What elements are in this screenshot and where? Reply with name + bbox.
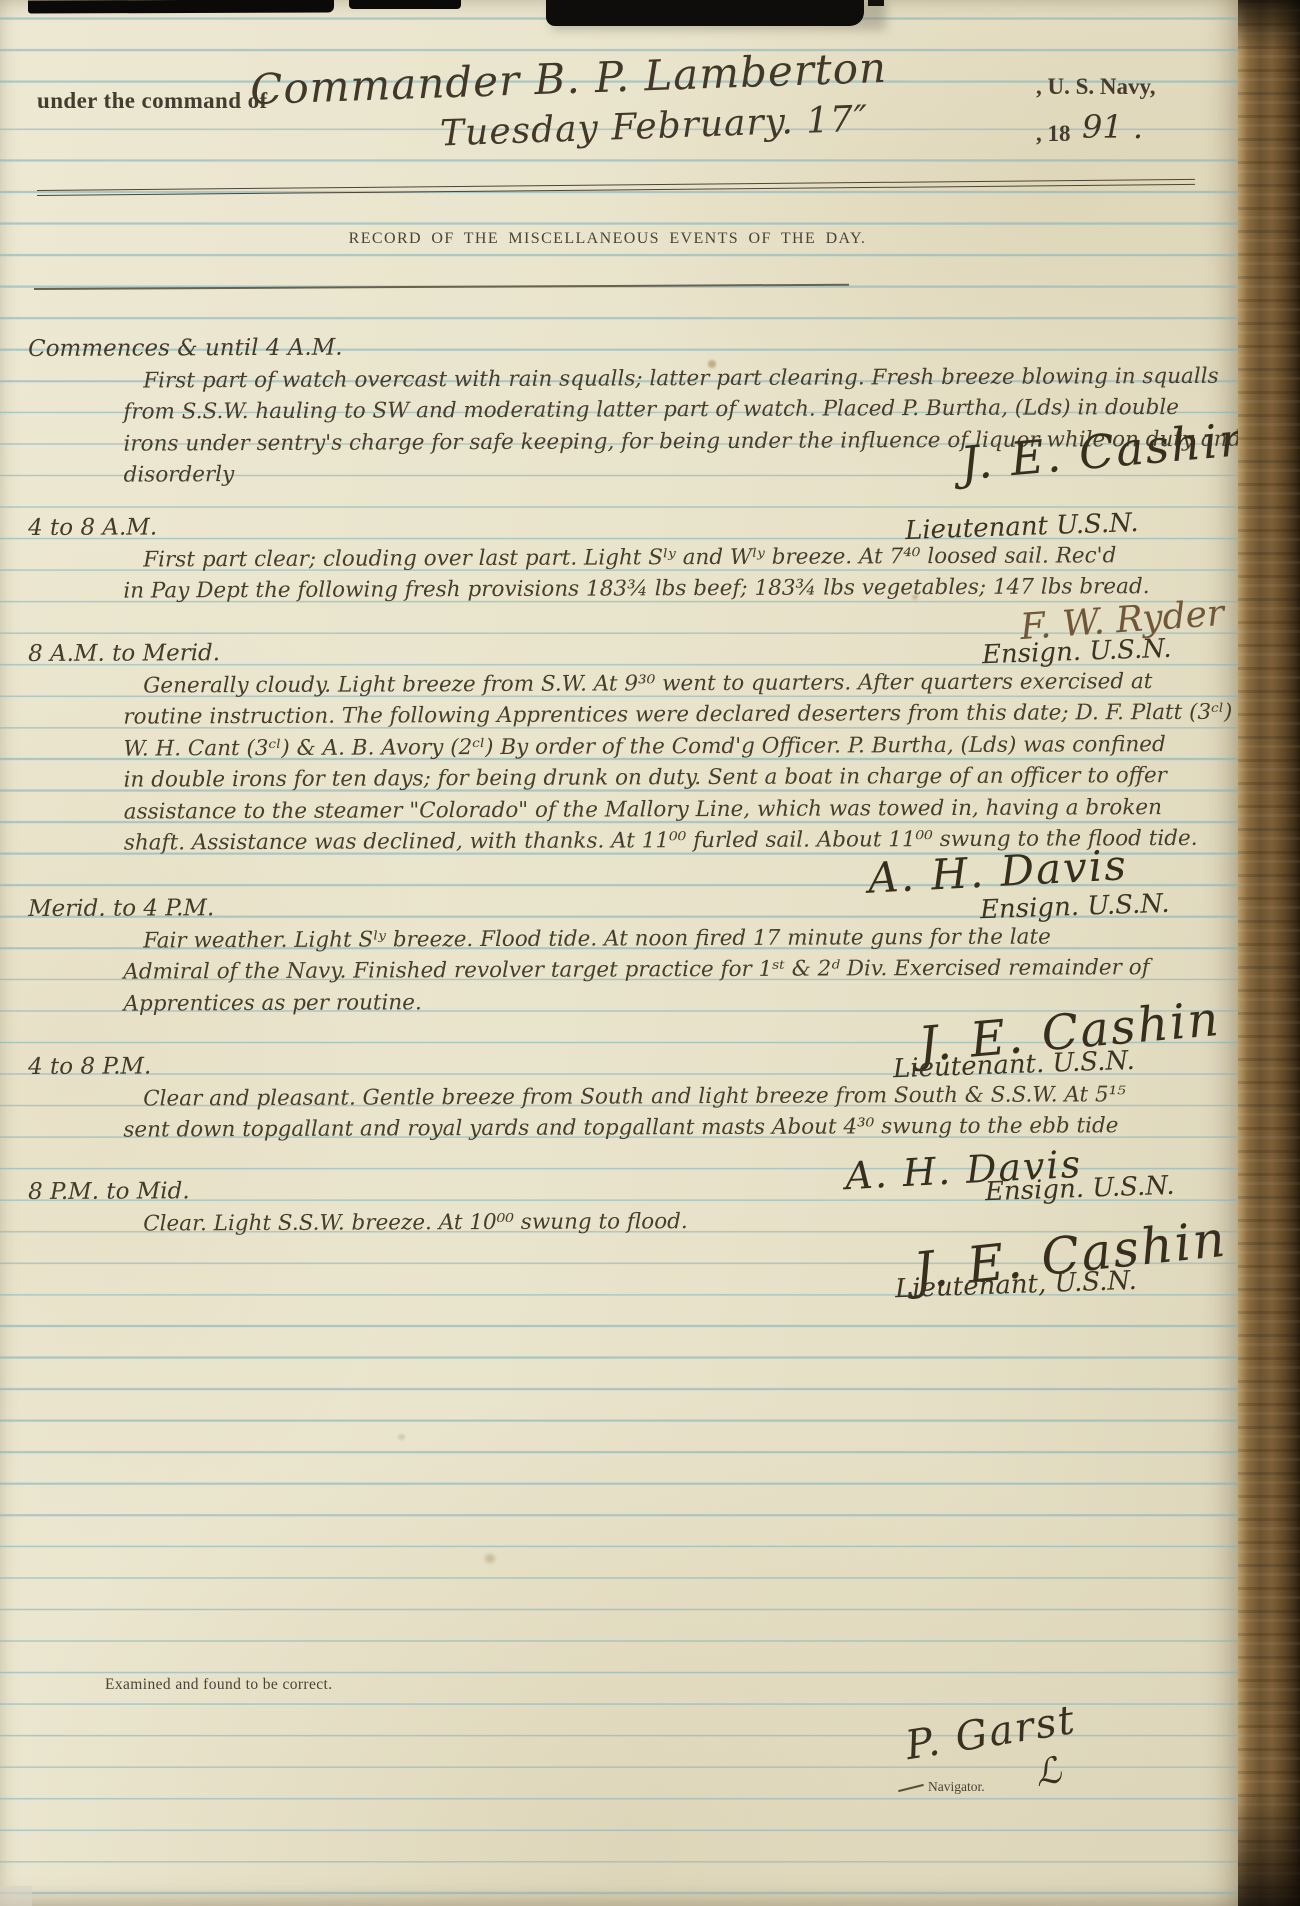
entry-line: Fair weather. Light Sˡʸ breeze. Flood ti… — [28, 921, 1149, 957]
scan-artifact-2 — [349, 0, 461, 9]
entry-line: Clear. Light S.S.W. breeze. At 10⁰⁰ swun… — [28, 1206, 688, 1240]
watch-heading: Commences & until 4 A.M. — [28, 329, 1241, 366]
entry-line: First part clear; clouding over last par… — [28, 540, 1149, 576]
entry-line: from S.S.W. hauling to SW and moderating… — [28, 392, 1241, 429]
scan-artifact-1 — [28, 0, 334, 14]
entry-line: Clear and pleasant. Gentle breeze from S… — [28, 1079, 1126, 1115]
command-prefix-label: under the command of — [37, 88, 268, 114]
entry-line: Admiral of the Navy. Finished revolver t… — [28, 952, 1149, 988]
watch-entry-merid-4pm: Merid. to 4 P.M. Fair weather. Light Sˡʸ… — [28, 889, 1150, 1020]
navigator-label: Navigator. — [898, 1779, 985, 1795]
navy-suffix-label: , U. S. Navy, — [1036, 74, 1156, 100]
watch-heading: 8 A.M. to Merid. — [28, 634, 1232, 671]
examined-correct-label: Examined and found to be correct. — [105, 1676, 333, 1694]
watch-entry-8am-merid: 8 A.M. to Merid. Generally cloudy. Light… — [28, 634, 1233, 860]
watch-heading: 8 P.M. to Mid. — [28, 1174, 688, 1208]
entry-line: in double irons for ten days; for being … — [29, 760, 1233, 797]
watch-heading: 4 to 8 P.M. — [28, 1047, 1126, 1083]
record-title: RECORD OF THE MISCELLANEOUS EVENTS OF TH… — [0, 230, 1215, 248]
entry-line: in Pay Dept the following fresh provisio… — [28, 571, 1149, 607]
entry-line: assistance to the steamer "Colorado" of … — [29, 791, 1233, 828]
entry-line: First part of watch overcast with rain s… — [28, 360, 1241, 397]
scan-artifact-4 — [868, 0, 884, 6]
watch-heading: Merid. to 4 P.M. — [28, 889, 1149, 925]
book-page-edge — [1238, 0, 1300, 1906]
entry-line: sent down topgallant and royal yards and… — [28, 1110, 1126, 1146]
log-page-scan: under the command of Commander B. P. Lam… — [0, 0, 1300, 1906]
entry-line: routine instruction. The following Appre… — [28, 697, 1232, 734]
year-prefix-label: , 18 — [1036, 121, 1071, 147]
page-corner-wear — [0, 1886, 32, 1906]
watch-entry-4to8pm: 4 to 8 P.M. Clear and pleasant. Gentle b… — [28, 1047, 1126, 1146]
scan-artifact-3 — [546, 0, 864, 26]
watch-entry-4to8am: 4 to 8 A.M. First part clear; clouding o… — [28, 508, 1150, 607]
watch-entry-8pm-mid: 8 P.M. to Mid. Clear. Light S.S.W. breez… — [28, 1174, 688, 1240]
year-handwritten: 91 . — [1082, 108, 1143, 146]
entry-line: W. H. Cant (3ᶜˡ) & A. B. Avory (2ᶜˡ) By … — [28, 728, 1232, 765]
entry-line: Generally cloudy. Light breeze from S.W.… — [28, 665, 1232, 702]
watch-heading: 4 to 8 A.M. — [28, 508, 1149, 544]
